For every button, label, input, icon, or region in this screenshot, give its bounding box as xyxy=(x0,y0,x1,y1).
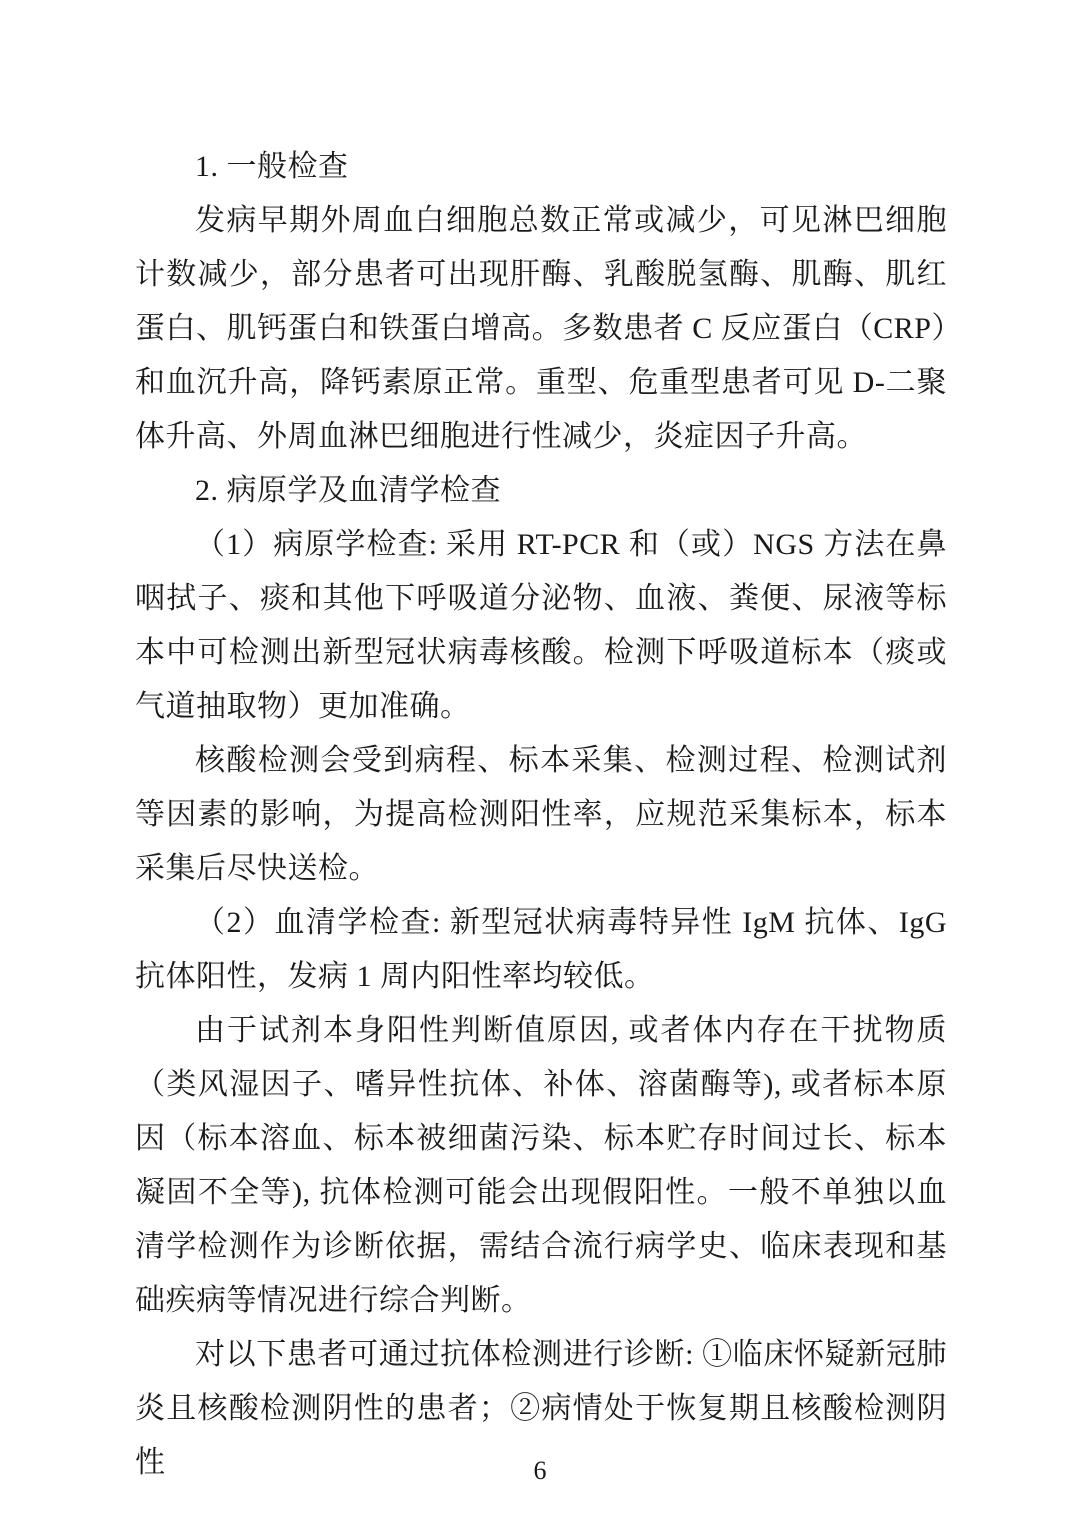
section-heading-general-examination: 1. 一般检查 xyxy=(135,140,947,194)
paragraph-pathogen-testing: （1）病原学检查: 采用 RT-PCR 和（或）NGS 方法在鼻咽拭子、痰和其他… xyxy=(135,518,947,734)
section-heading-pathogen-serology: 2. 病原学及血清学检查 xyxy=(135,464,947,518)
paragraph-general-examination: 发病早期外周血白细胞总数正常或减少，可见淋巴细胞计数减少，部分患者可出现肝酶、乳… xyxy=(135,194,947,464)
paragraph-nucleic-acid-factors: 核酸检测会受到病程、标本采集、检测过程、检测试剂等因素的影响，为提高检测阳性率，… xyxy=(135,734,947,896)
document-body: 1. 一般检查 发病早期外周血白细胞总数正常或减少，可见淋巴细胞计数减少，部分患… xyxy=(135,140,947,1490)
page-number: 6 xyxy=(0,1452,1080,1490)
document-page: 1. 一般检查 发病早期外周血白细胞总数正常或减少，可见淋巴细胞计数减少，部分患… xyxy=(0,0,1080,1527)
paragraph-serology-testing: （2）血清学检查: 新型冠状病毒特异性 IgM 抗体、IgG 抗体阳性，发病 1… xyxy=(135,896,947,1004)
paragraph-false-positive-causes: 由于试剂本身阳性判断值原因, 或者体内存在干扰物质（类风湿因子、嗜异性抗体、补体… xyxy=(135,1004,947,1328)
